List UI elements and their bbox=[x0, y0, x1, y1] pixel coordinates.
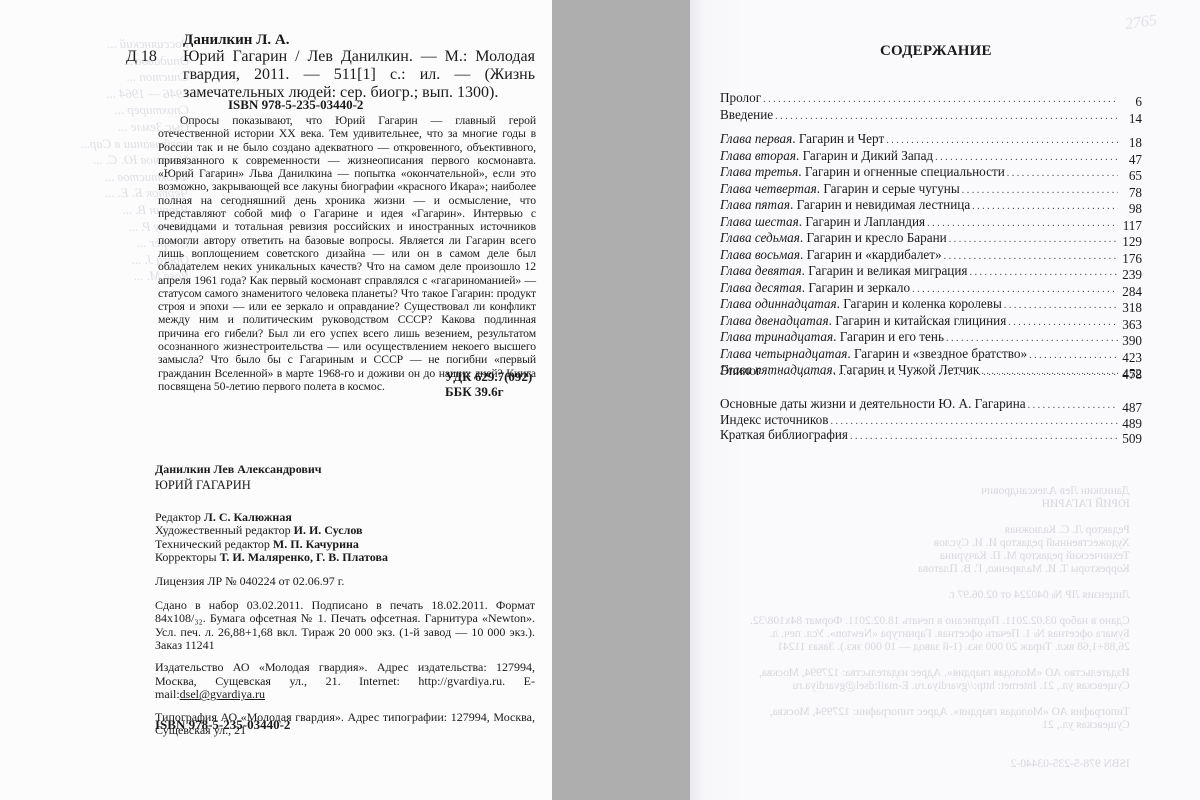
dot-leader bbox=[775, 111, 1118, 122]
toc-entry-label: Глава четвертая. Гагарин и серые чугуны bbox=[720, 181, 962, 197]
toc-entry-title: Гагарин и Черт bbox=[799, 131, 884, 146]
dot-leader bbox=[886, 135, 1118, 146]
chapter-number: Глава десятая bbox=[720, 280, 802, 295]
toc-entry-label: Глава восьмая. Гагарин и «кардибалет» bbox=[720, 247, 944, 263]
toc-epilog: Эпилог478 bbox=[720, 363, 1118, 380]
scan-gutter bbox=[552, 0, 690, 800]
toc-entry-title: Гагарин и серые чугуны bbox=[823, 181, 959, 196]
staff-role: Редактор bbox=[155, 510, 201, 524]
toc-entry-label: Глава одиннадцатая. Гагарин и коленка ко… bbox=[720, 296, 1004, 312]
toc-chapters: Глава первая. Гагарин и Черт18Глава втор… bbox=[720, 131, 1118, 379]
toc-entry-label: Глава двенадцатая. Гагарин и китайская г… bbox=[720, 313, 1008, 329]
toc-entry-label: Глава вторая. Гагарин и Дикий Запад bbox=[720, 148, 935, 164]
toc-entry-title: Гагарин и невидимая лестница bbox=[797, 197, 971, 212]
author-heading: Данилкин Л. А. bbox=[183, 32, 289, 49]
toc-entry-title: Гагарин и кресло Барани bbox=[806, 230, 946, 245]
dot-leader bbox=[972, 201, 1118, 212]
staff-list: Редактор Л. С. Калюжная Художественный р… bbox=[155, 511, 535, 565]
dot-leader bbox=[763, 367, 1118, 378]
staff-name: Т. И. Маляренко, Г. В. Платова bbox=[220, 550, 388, 564]
separator: . bbox=[792, 131, 799, 146]
toc-front-matter: Пролог6Введение14 bbox=[720, 90, 1118, 124]
chapter-number: Глава двенадцатая bbox=[720, 313, 829, 328]
staff-name: Л. С. Калюжная bbox=[204, 510, 292, 524]
toc-entry[interactable]: Глава четырнадцатая. Гагарин и «звездное… bbox=[720, 346, 1118, 363]
toc-entry-label: Пролог bbox=[720, 90, 763, 106]
chapter-number: Глава вторая bbox=[720, 148, 796, 163]
toc-entry[interactable]: Глава восьмая. Гагарин и «кардибалет»176 bbox=[720, 247, 1118, 264]
toc-entry[interactable]: Глава десятая. Гагарин и зеркало284 bbox=[720, 280, 1118, 297]
separator: . bbox=[790, 197, 797, 212]
toc-entry-label: Глава пятая. Гагарин и невидимая лестниц… bbox=[720, 197, 972, 213]
staff-editor: Редактор Л. С. Калюжная bbox=[155, 511, 535, 524]
staff-name: И. И. Суслов bbox=[294, 523, 363, 537]
bib-record-text: Юрий Гагарин / Лев Данилкин. — М.: Молод… bbox=[183, 48, 535, 102]
toc-entry[interactable]: Глава тринадцатая. Гагарин и его тень390 bbox=[720, 329, 1118, 346]
chapter-number: Глава пятая bbox=[720, 197, 790, 212]
publisher-info: Издательство АО «Молодая гвардия». Адрес… bbox=[155, 661, 535, 701]
toc-entry-label: Глава шестая. Гагарин и Лапландия bbox=[720, 214, 927, 230]
chapter-number: Глава четвертая bbox=[720, 181, 817, 196]
bleed-through-imprint: Данилкин Лев АлександровичЮРИЙ ГАГАРИНРе… bbox=[750, 485, 1130, 771]
chapter-number: Глава седьмая bbox=[720, 230, 800, 245]
toc-entry-label: Глава третья. Гагарин и огненные специал… bbox=[720, 164, 1007, 180]
toc-entry-label: Краткая библиография bbox=[720, 427, 850, 443]
staff-role: Технический редактор bbox=[155, 537, 270, 551]
publisher-email-link[interactable]: dsel@gvardiya.ru bbox=[180, 687, 265, 701]
toc-entry-title: Эпилог bbox=[720, 363, 761, 378]
toc-entry-label: Основные даты жизни и деятельности Ю. А.… bbox=[720, 396, 1028, 412]
toc-entry-label: Эпилог bbox=[720, 363, 763, 379]
dot-leader bbox=[763, 94, 1118, 105]
toc-entry-title: Введение bbox=[720, 107, 773, 122]
toc-title: СОДЕРЖАНИЕ bbox=[880, 43, 992, 60]
chapter-number: Глава шестая bbox=[720, 214, 799, 229]
toc-back-matter: Основные даты жизни и деятельности Ю. А.… bbox=[720, 396, 1118, 443]
toc-page-number: 509 bbox=[1102, 431, 1142, 447]
license-line: Лицензия ЛР № 040224 от 02.06.97 г. bbox=[155, 575, 535, 588]
separator: . bbox=[798, 164, 805, 179]
toc-entry[interactable]: Введение14 bbox=[720, 107, 1118, 124]
toc-entry[interactable]: Эпилог478 bbox=[720, 363, 1118, 380]
author-full-name: Данилкин Лев Александрович bbox=[155, 463, 535, 476]
dot-leader bbox=[1004, 300, 1118, 311]
toc-entry-label: Глава девятая. Гагарин и великая миграци… bbox=[720, 263, 969, 279]
toc-entry[interactable]: Краткая библиография509 bbox=[720, 427, 1118, 443]
toc-entry-title: Гагарин и великая миграция bbox=[808, 263, 967, 278]
toc-entry-title: Гагарин и зеркало bbox=[808, 280, 910, 295]
toc-entry-title: Гагарин и огненные специальности bbox=[805, 164, 1005, 179]
toc-entry[interactable]: Индекс источников489 bbox=[720, 412, 1118, 428]
toc-entry-title: Гагарин и «кардибалет» bbox=[807, 247, 942, 262]
toc-entry-title: Краткая библиография bbox=[720, 427, 848, 442]
dot-leader bbox=[946, 333, 1118, 344]
bibliographic-record: Юрий Гагарин / Лев Данилкин. — М.: Молод… bbox=[183, 48, 535, 102]
chapter-number: Глава девятая bbox=[720, 263, 802, 278]
toc-entry[interactable]: Глава пятая. Гагарин и невидимая лестниц… bbox=[720, 197, 1118, 214]
chapter-number: Глава восьмая bbox=[720, 247, 800, 262]
chapter-number: Глава четырнадцатая bbox=[720, 346, 847, 361]
chapter-number: Глава первая bbox=[720, 131, 792, 146]
separator: . bbox=[800, 247, 807, 262]
udk-code: УДК 629.7(092) bbox=[445, 369, 532, 384]
chapter-number: Глава тринадцатая bbox=[720, 329, 833, 344]
dot-leader bbox=[850, 431, 1118, 442]
chapter-number: Глава одиннадцатая bbox=[720, 296, 837, 311]
dot-leader bbox=[935, 152, 1118, 163]
toc-entry-label: Индекс источников bbox=[720, 412, 830, 428]
toc-page-number: 14 bbox=[1102, 111, 1142, 127]
toc-entry[interactable]: Глава девятая. Гагарин и великая миграци… bbox=[720, 263, 1118, 280]
toc-entry[interactable]: Пролог6 bbox=[720, 90, 1118, 107]
bbk-code: ББК 39.6г bbox=[445, 384, 532, 399]
toc-entry[interactable]: Глава шестая. Гагарин и Лапландия117 bbox=[720, 214, 1118, 231]
separator: . bbox=[833, 329, 840, 344]
toc-entry[interactable]: Глава одиннадцатая. Гагарин и коленка ко… bbox=[720, 296, 1118, 313]
isbn-top: ISBN 978-5-235-03440-2 bbox=[228, 97, 363, 113]
staff-role: Художественный редактор bbox=[155, 523, 291, 537]
toc-entry-title: Пролог bbox=[720, 90, 761, 105]
book-title-upper: ЮРИЙ ГАГАРИН bbox=[155, 479, 535, 492]
toc-entry-title: Гагарин и его тень bbox=[840, 329, 944, 344]
toc-entry[interactable]: Глава третья. Гагарин и огненные специал… bbox=[720, 164, 1118, 181]
dot-leader bbox=[949, 234, 1118, 245]
toc-entry-label: Глава четырнадцатая. Гагарин и «звездное… bbox=[720, 346, 1029, 362]
toc-entry-title: Гагарин и «звездное братство» bbox=[854, 346, 1027, 361]
toc-entry-title: Гагарин и Лапландия bbox=[805, 214, 925, 229]
classification-block: УДК 629.7(092) ББК 39.6г bbox=[445, 369, 532, 399]
toc-entry-title: Основные даты жизни и деятельности Ю. А.… bbox=[720, 396, 1026, 411]
dot-leader bbox=[944, 251, 1118, 262]
toc-entry-title: Гагарин и китайская глициния bbox=[835, 313, 1006, 328]
dot-leader bbox=[830, 416, 1118, 427]
staff-art-editor: Художественный редактор И. И. Суслов bbox=[155, 524, 535, 537]
dot-leader bbox=[962, 185, 1118, 196]
toc-entry-label: Глава первая. Гагарин и Черт bbox=[720, 131, 886, 147]
book-abstract: Опросы показывают, что Юрий Гагарин — гл… bbox=[158, 114, 536, 393]
toc-entry[interactable]: Глава седьмая. Гагарин и кресло Барани12… bbox=[720, 230, 1118, 247]
staff-role: Корректоры bbox=[155, 550, 217, 564]
dot-leader bbox=[969, 267, 1118, 278]
staff-name: М. П. Качурина bbox=[273, 537, 359, 551]
toc-entry[interactable]: Глава первая. Гагарин и Черт18 bbox=[720, 131, 1118, 148]
print-details: Сдано в набор 03.02.2011. Подписано в пе… bbox=[155, 599, 535, 653]
toc-entry-label: Глава тринадцатая. Гагарин и его тень bbox=[720, 329, 946, 345]
toc-entry-title: Индекс источников bbox=[720, 412, 828, 427]
toc-entry-label: Введение bbox=[720, 107, 775, 123]
chapter-number: Глава третья bbox=[720, 164, 798, 179]
toc-entry[interactable]: Основные даты жизни и деятельности Ю. А.… bbox=[720, 396, 1118, 412]
toc-entry-label: Глава седьмая. Гагарин и кресло Барани bbox=[720, 230, 949, 246]
separator: . bbox=[796, 148, 803, 163]
staff-proofreaders: Корректоры Т. И. Маляренко, Г. В. Платов… bbox=[155, 551, 535, 564]
toc-entry-title: Гагарин и Дикий Запад bbox=[803, 148, 934, 163]
toc-entry[interactable]: Глава четвертая. Гагарин и серые чугуны7… bbox=[720, 181, 1118, 198]
left-page-imprint: Россиянский ...Опидавое ...Спистоп ...19… bbox=[0, 0, 552, 800]
toc-entry[interactable]: Глава двенадцатая. Гагарин и китайская г… bbox=[720, 313, 1118, 330]
toc-entry-title: Гагарин и коленка королевы bbox=[843, 296, 1002, 311]
dot-leader bbox=[912, 284, 1118, 295]
classification-code: Д 18 bbox=[126, 48, 157, 66]
toc-entry-label: Глава десятая. Гагарин и зеркало bbox=[720, 280, 912, 296]
toc-page-number: 478 bbox=[1102, 367, 1142, 383]
dot-leader bbox=[927, 218, 1118, 229]
isbn-bottom: ISBN 978-5-235-03440-2 bbox=[155, 717, 290, 733]
staff-tech-editor: Технический редактор М. П. Качурина bbox=[155, 538, 535, 551]
toc-entry[interactable]: Глава вторая. Гагарин и Дикий Запад47 bbox=[720, 148, 1118, 165]
imprint-block: Данилкин Лев Александрович ЮРИЙ ГАГАРИН … bbox=[155, 463, 535, 738]
